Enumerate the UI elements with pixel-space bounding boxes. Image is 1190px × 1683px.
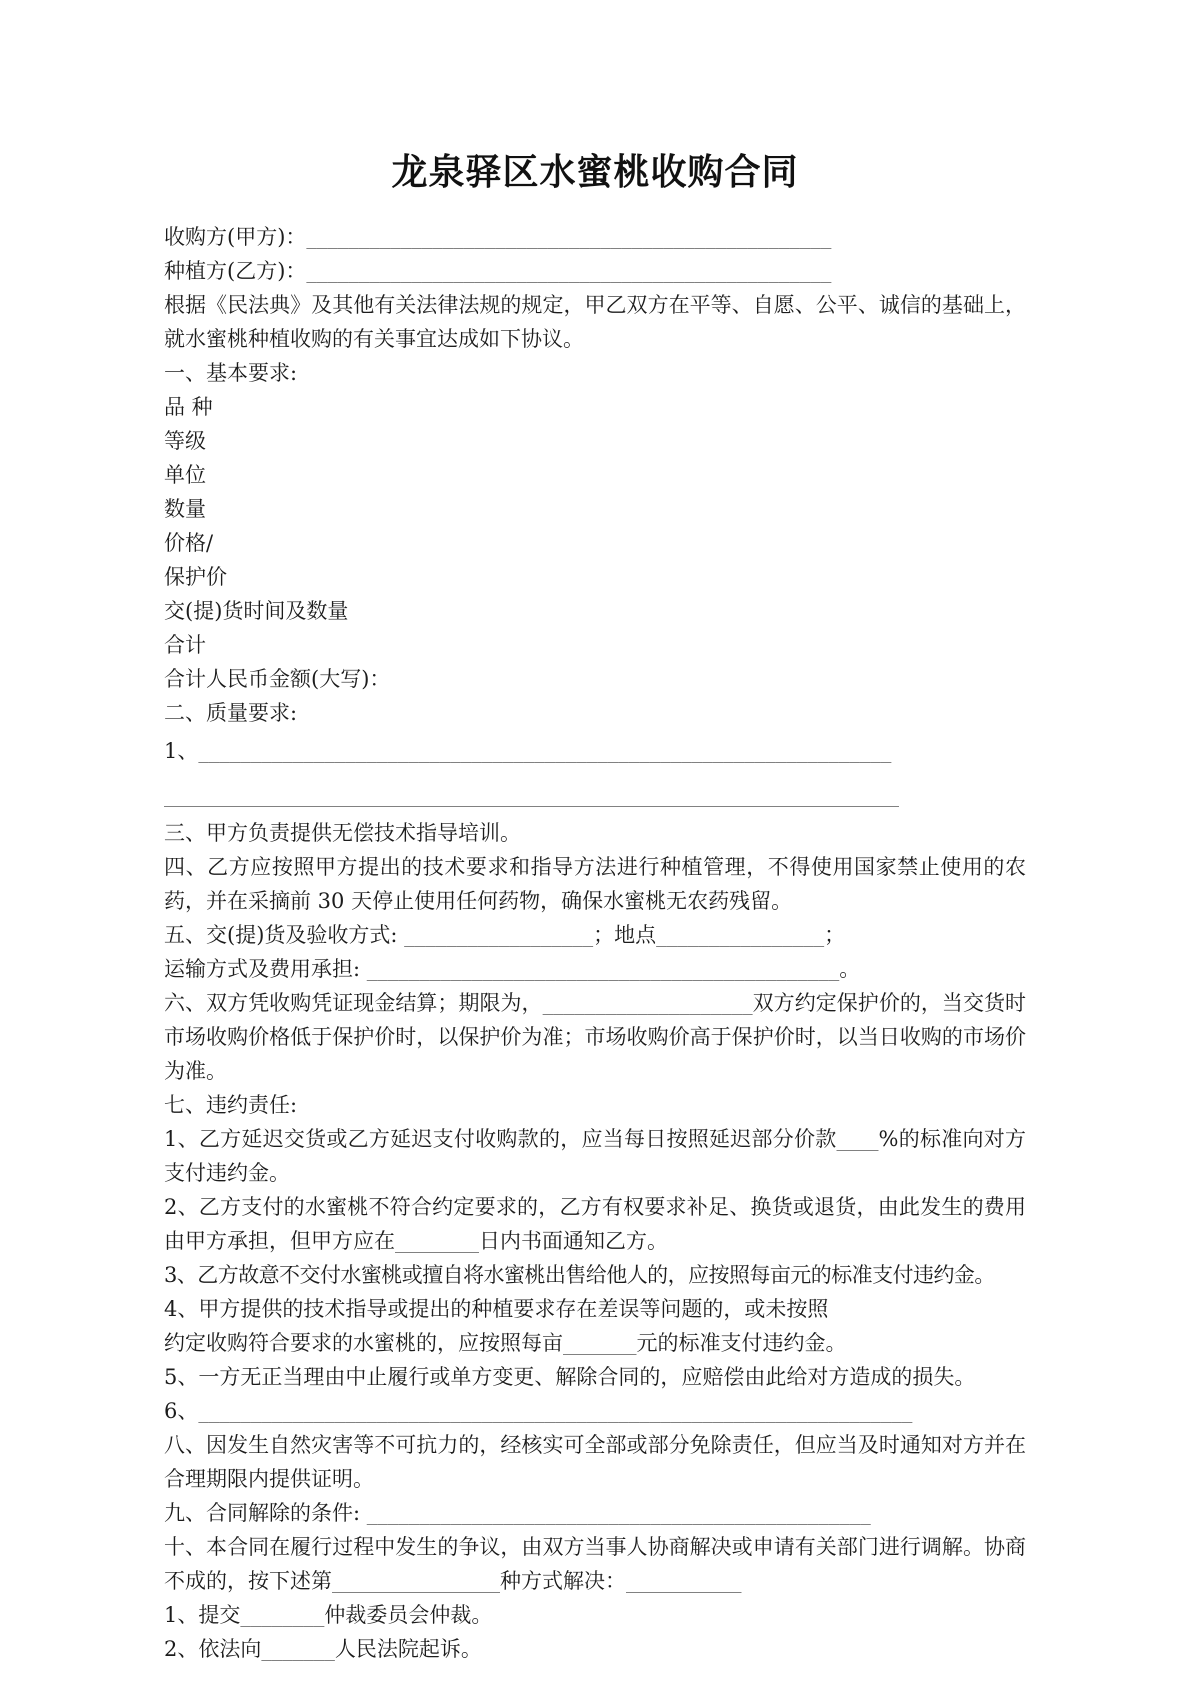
paragraph: 二、质量要求:: [164, 696, 1026, 730]
fill-in-blank: ________________________________________…: [367, 1501, 871, 1525]
paragraph: 2、依法向_______人民法院起诉。: [164, 1632, 1026, 1666]
paragraph: 保护价: [164, 560, 1026, 594]
paragraph: 6、______________________________________…: [164, 1394, 1026, 1428]
fill-in-blank: ________: [395, 1229, 479, 1253]
paragraph: 交(提)货时间及数量: [164, 594, 1026, 628]
paragraph: 1、提交________仲裁委员会仲裁。: [164, 1598, 1026, 1632]
paragraph: 六、双方凭收购凭证现金结算；期限为，____________________双方…: [164, 986, 1026, 1088]
paragraph: 1、______________________________________…: [164, 734, 1026, 768]
contract-page: 龙泉驿区水蜜桃收购合同 收购方(甲方)：____________________…: [0, 0, 1190, 1683]
fill-in-blank: ________________________________________…: [306, 259, 831, 283]
paragraph: 3、乙方故意不交付水蜜桃或擅自将水蜜桃出售给他人的，应按照每亩元的标准支付违约金…: [164, 1258, 1026, 1292]
fill-in-blank: _______: [261, 1637, 335, 1661]
paragraph: 1、乙方延迟交货或乙方延迟支付收购款的，应当每日按照延迟部分价款____%的标准…: [164, 1122, 1026, 1190]
paragraph: 七、违约责任:: [164, 1088, 1026, 1122]
paragraph: 八、因发生自然灾害等不可抗力的，经核实可全部或部分免除责任，但应当及时通知对方并…: [164, 1428, 1026, 1496]
paragraph: 种植方(乙方)：________________________________…: [164, 254, 1026, 288]
paragraph: ________________________________________…: [164, 778, 1026, 812]
paragraph: 单位: [164, 458, 1026, 492]
paragraph: 根据《民法典》及其他有关法律法规的规定，甲乙双方在平等、自愿、公平、诚信的基础上…: [164, 288, 1026, 356]
fill-in-blank: ________________: [332, 1569, 500, 1593]
contract-body: 收购方(甲方)：________________________________…: [164, 220, 1026, 1666]
paragraph: 品 种: [164, 390, 1026, 424]
paragraph: 合计人民币金额(大写)：: [164, 662, 1026, 696]
fill-in-blank: ________________________________________…: [198, 739, 891, 763]
paragraph: 4、甲方提供的技术指导或提出的种植要求存在差误等问题的，或未按照: [164, 1292, 1026, 1326]
paragraph: 五、交(提)货及验收方式: __________________；地点_____…: [164, 918, 1026, 952]
fill-in-blank: __________________: [404, 923, 593, 947]
fill-in-blank: ________________: [656, 923, 824, 947]
paragraph: 合计: [164, 628, 1026, 662]
fill-in-blank: ________________________________________…: [164, 783, 899, 807]
paragraph: 约定收购符合要求的水蜜桃的，应按照每亩_______元的标准支付违约金。: [164, 1326, 1026, 1360]
fill-in-blank: ____________________: [543, 991, 753, 1015]
paragraph: 价格/: [164, 526, 1026, 560]
paragraph: 数量: [164, 492, 1026, 526]
paragraph: 十、本合同在履行过程中发生的争议，由双方当事人协商解决或申请有关部门进行调解。协…: [164, 1530, 1026, 1598]
paragraph: 三、甲方负责提供无偿技术指导培训。: [164, 816, 1026, 850]
fill-in-blank: ________________________________________…: [198, 1399, 912, 1423]
paragraph: 5、一方无正当理由中止履行或单方变更、解除合同的，应赔偿由此给对方造成的损失。: [164, 1360, 1026, 1394]
paragraph: 运输方式及费用承担: _____________________________…: [164, 952, 1026, 986]
fill-in-blank: ________________________________________…: [306, 225, 831, 249]
paragraph: 收购方(甲方)：________________________________…: [164, 220, 1026, 254]
paragraph: 一、基本要求:: [164, 356, 1026, 390]
paragraph: 2、乙方支付的水蜜桃不符合约定要求的，乙方有权要求补足、换货或退货，由此发生的费…: [164, 1190, 1026, 1258]
contract-title: 龙泉驿区水蜜桃收购合同: [164, 146, 1026, 198]
fill-in-blank: ___________: [626, 1569, 742, 1593]
fill-in-blank: _______: [563, 1331, 637, 1355]
paragraph: 九、合同解除的条件: _____________________________…: [164, 1496, 1026, 1530]
paragraph: 四、乙方应按照甲方提出的技术要求和指导方法进行种植管理，不得使用国家禁止使用的农…: [164, 850, 1026, 918]
fill-in-blank: ____: [837, 1127, 879, 1151]
fill-in-blank: ________________________________________…: [367, 957, 840, 981]
paragraph: 等级: [164, 424, 1026, 458]
fill-in-blank: ________: [240, 1603, 324, 1627]
